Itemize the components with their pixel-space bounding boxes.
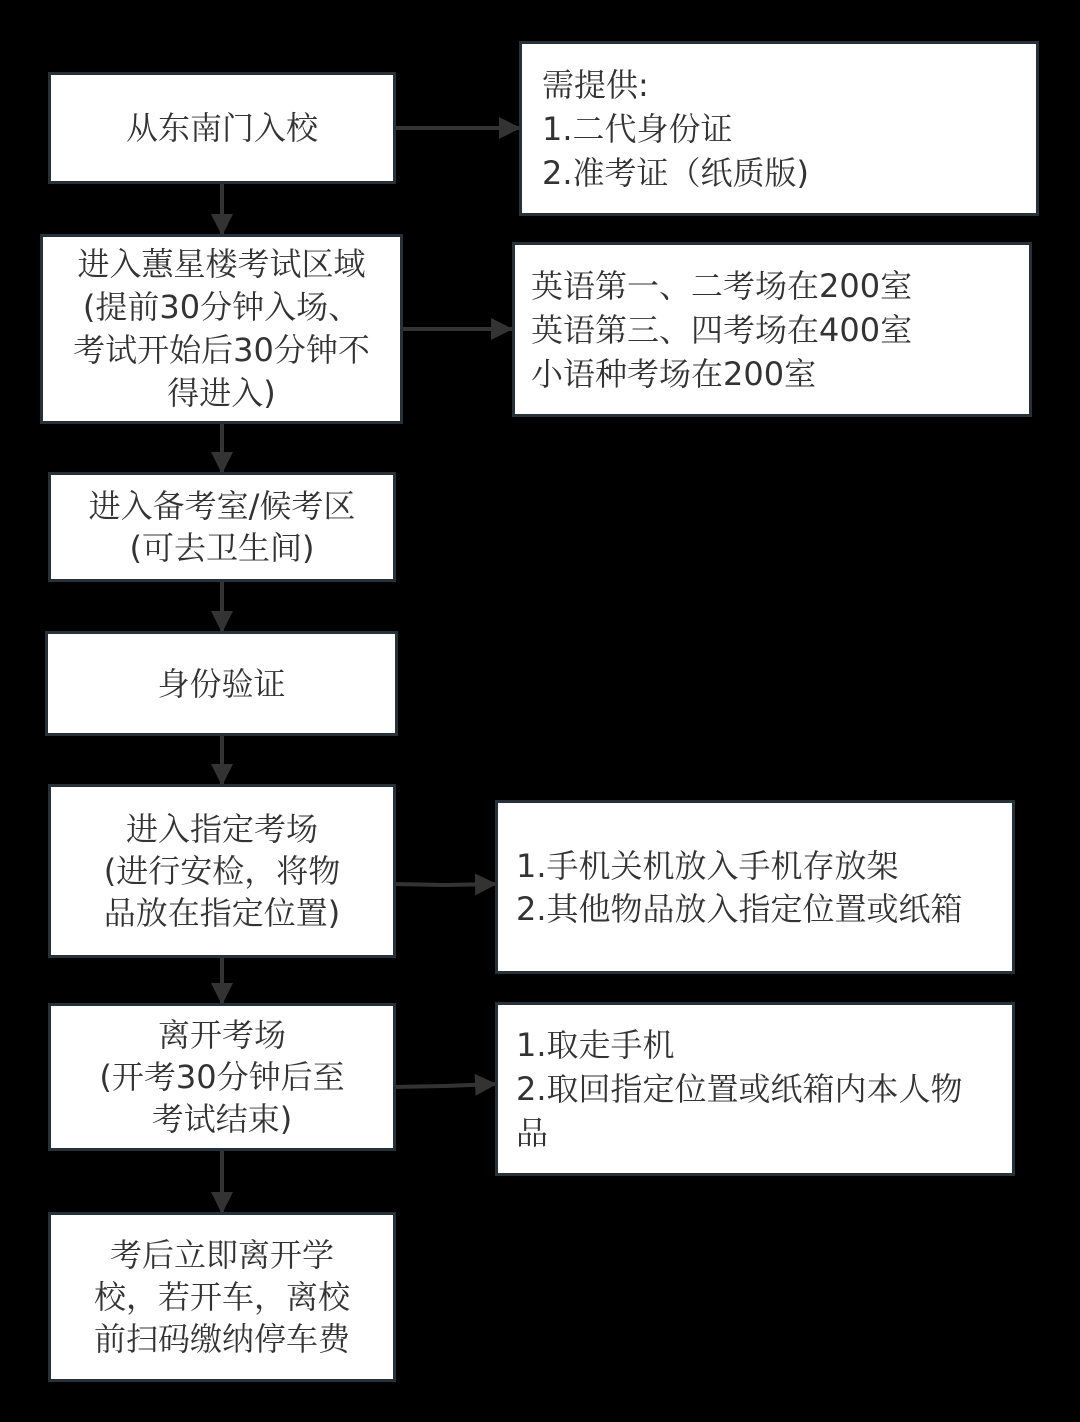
step-prep-room: 进入备考室/候考区 (可去卫生间) <box>48 472 396 582</box>
arrow-step6-to-note4 <box>393 1084 497 1087</box>
step-label: 从东南门入校 <box>126 107 318 149</box>
step-leave-school: 考后立即离开学 校，若开车，离校 前扫码缴纳停车费 <box>48 1212 396 1382</box>
step-leave-exam-room: 离开考场 (开考30分钟后至 考试结束) <box>48 1003 396 1151</box>
note-phone-storage: 1.手机关机放入手机存放架 2.其他物品放入指定位置或纸箱 <box>495 800 1015 974</box>
note-label: 需提供: 1.二代身份证 2.准考证（纸质版) <box>542 63 809 195</box>
step-label: 考后立即离开学 校，若开车，离校 前扫码缴纳停车费 <box>94 1234 350 1360</box>
note-label: 1.手机关机放入手机存放架 2.其他物品放入指定位置或纸箱 <box>516 845 963 931</box>
step-label: 身份验证 <box>157 663 285 705</box>
step-enter-southeast-gate: 从东南门入校 <box>48 72 396 184</box>
step-label: 进入蕙星楼考试区域 (提前30分钟入场、 考试开始后30分钟不 得进入) <box>73 243 370 415</box>
step-label: 进入备考室/候考区 (可去卫生间) <box>89 485 356 569</box>
step-enter-exam-room: 进入指定考场 (进行安检，将物 品放在指定位置) <box>48 784 396 958</box>
step-label: 进入指定考场 (进行安检，将物 品放在指定位置) <box>104 808 341 934</box>
step-enter-exam-building: 进入蕙星楼考试区域 (提前30分钟入场、 考试开始后30分钟不 得进入) <box>40 234 403 424</box>
note-label: 1.取走手机 2.取回指定位置或纸箱内本人物 品 <box>516 1023 963 1155</box>
step-label: 离开考场 (开考30分钟后至 考试结束) <box>99 1014 344 1140</box>
note-retrieve-belongings: 1.取走手机 2.取回指定位置或纸箱内本人物 品 <box>495 1002 1015 1176</box>
note-required-documents: 需提供: 1.二代身份证 2.准考证（纸质版) <box>519 41 1039 216</box>
step-identity-verification: 身份验证 <box>45 631 398 736</box>
note-exam-room-locations: 英语第一、二考场在200室 英语第三、四考场在400室 小语种考场在200室 <box>512 242 1032 417</box>
note-label: 英语第一、二考场在200室 英语第三、四考场在400室 小语种考场在200室 <box>531 264 912 396</box>
arrow-step5-to-note3 <box>393 884 497 885</box>
